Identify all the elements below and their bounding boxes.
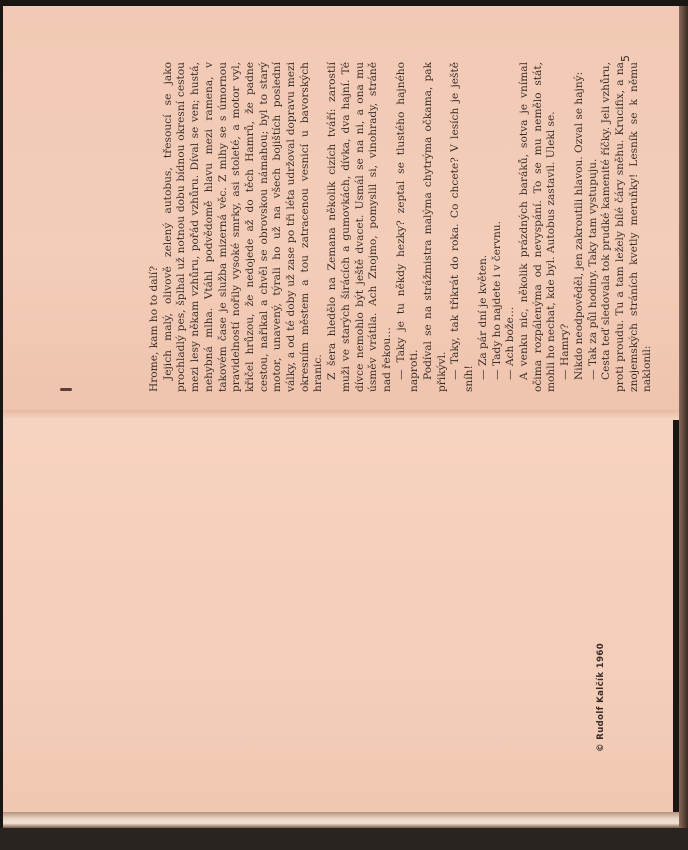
paragraph: Cesta teď sledovala tok prudké kamenité … [600, 62, 655, 392]
blank-page [3, 418, 673, 820]
page-number: 5 [619, 55, 632, 62]
paragraph: — Taky, tak třikrát do roka. Co chcete? … [449, 62, 476, 392]
paper-mark [60, 388, 72, 391]
paragraph: — Hamry? [559, 62, 573, 392]
paragraph: — Tak za půl hodiny. Taky tam vystupuju. [587, 62, 601, 392]
scanned-book-spread: Hrome, kam ho to dalí?Jejich malý, olivo… [0, 0, 688, 850]
paragraph: Nikdo neodpověděl, jen zakroutili hlavou… [573, 62, 587, 392]
scan-background [0, 828, 688, 850]
paragraph: Jejich malý, olivově zelený autobus, tře… [162, 62, 326, 392]
paragraph: — Ach bože… [504, 62, 518, 392]
page-edge [3, 812, 679, 828]
copyright-notice: © Rudolf Kalčík 1960 [596, 643, 606, 752]
paragraph: Hrome, kam ho to dalí? [148, 62, 162, 392]
paragraph: — Za pár dní je květen. [477, 62, 491, 392]
paragraph: A venku nic, několik prázdných baráků, s… [518, 62, 559, 392]
paragraph: Z šera hledělo na Zemana několik cizích … [326, 62, 395, 392]
paragraph: — Tady ho najdete i v červnu. [491, 62, 505, 392]
paragraph: — Taky je tu někdy hezky? zeptal se tlus… [395, 62, 422, 392]
body-text: Hrome, kam ho to dalí?Jejich malý, olivo… [148, 62, 655, 392]
paragraph: Podíval se na strážmistra malýma chytrým… [422, 62, 449, 392]
book-spine-edge [679, 6, 688, 836]
